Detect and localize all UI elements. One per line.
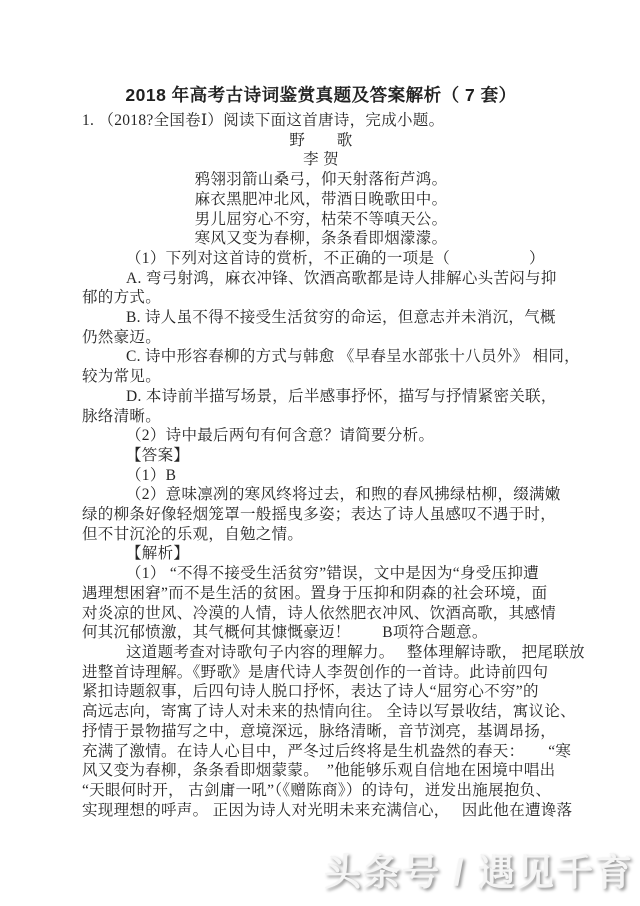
document-line: 【解析】 (82, 544, 560, 564)
document-line: D. 本诗前半描写场景，后半感事抒怀，描写与抒情紧密关联， (82, 387, 560, 407)
document-line: 对炎凉的世风、冷漠的人情，诗人依然肥衣冲风、饮酒高歌，其感情 (82, 604, 560, 624)
document-line: 寒风又变为春柳，条条看即烟濛濛。 (82, 229, 560, 249)
document-line: （1）下列对这首诗的赏析，不正确的一项是（ ） (82, 249, 560, 269)
document-line: （1） “不得不接受生活贫穷”错误，文中是因为“身受压抑遭 (82, 564, 560, 584)
document-line: （2）意味凛冽的寒风终将过去，和煦的春风拂绿枯柳，缀满嫩 (82, 485, 560, 505)
document-line: 遇理想困窘”而不是生活的贫困。置身于压抑和阴森的社会环境，面 (82, 584, 560, 604)
page-title: 2018 年高考古诗词鉴赏真题及答案解析（ 7 套） (82, 82, 560, 107)
document-line: C. 诗中形容春柳的方式与韩愈 《早春呈水部张十八员外》 相同， (82, 347, 560, 367)
document-line: 李 贺 (82, 150, 560, 170)
document-line: 仍然豪迈。 (82, 328, 560, 348)
document-line: 绿的柳条好像轻烟笼罩一般摇曳多姿；表达了诗人虽感叹不遇于时， (82, 505, 560, 525)
document-line: 这道题考查对诗歌句子内容的理解力。 整体理解诗歌， 把尾联放 (82, 643, 560, 663)
document-line: 麻衣黑肥冲北风，带酒日晚歌田中。 (82, 190, 560, 210)
document-line: 野 歌 (82, 131, 560, 151)
document-line: （1）B (82, 466, 560, 486)
document-body: 1. （2018?全国卷Ⅰ）阅读下面这首唐诗，完成小题。野 歌李 贺鸦翎羽箭山桑… (82, 111, 560, 820)
document-line: 男儿屈穷心不穷，枯荣不等嗔天公。 (82, 210, 560, 230)
document-line: 何其沉郁愤激，其气概何其慷慨豪迈！ B项符合题意。 (82, 623, 560, 643)
document-line: 高远志向，寄寓了诗人对未来的热情向往。 全诗以写景收结，寓议论、 (82, 702, 560, 722)
document-line: 脉络清晰。 (82, 407, 560, 427)
watermark-text: 头条号 / 遇见千育 (324, 842, 634, 896)
document-line: 风又变为春柳，条条看即烟蒙蒙。 ”他能够乐观自信地在困境中唱出 (82, 761, 560, 781)
document-line: 鸦翎羽箭山桑弓，仰天射落衔芦鸿。 (82, 170, 560, 190)
document-line: 【答案】 (82, 446, 560, 466)
document-line: 紧扣诗题叙事，后四句诗人脱口抒怀，表达了诗人“屈穷心不穷”的 (82, 682, 560, 702)
document-line: 但不甘沉沦的乐观，自勉之情。 (82, 525, 560, 545)
document-line: 实现理想的呼声。 正因为诗人对光明未来充满信心， 因此他在遭谗落 (82, 801, 560, 821)
document-line: “天眼何时开， 古剑庸一吼”（《赠陈商》）的诗句，迸发出施展抱负、 (82, 781, 560, 801)
document-line: 1. （2018?全国卷Ⅰ）阅读下面这首唐诗，完成小题。 (82, 111, 560, 131)
document-line: 进整首诗理解。《野歌》是唐代诗人李贺创作的一首诗。此诗前四句 (82, 663, 560, 683)
document-line: 较为常见。 (82, 367, 560, 387)
document-line: A. 弯弓射鸿，麻衣冲锋、饮酒高歌都是诗人排解心头苦闷与抑 (82, 269, 560, 289)
document-line: （2）诗中最后两句有何含意？请简要分析。 (82, 426, 560, 446)
document-line: 郁的方式。 (82, 288, 560, 308)
document-line: B. 诗人虽不得不接受生活贫穷的命运，但意志并未消沉，气概 (82, 308, 560, 328)
document-line: 抒情于景物描写之中，意境深远，脉络清晰，音节浏亮，基调昂扬， (82, 722, 560, 742)
document-page: 2018 年高考古诗词鉴赏真题及答案解析（ 7 套） 1. （2018?全国卷Ⅰ… (0, 0, 640, 906)
document-line: 充满了激情。在诗人心目中，严冬过后终将是生机盎然的春天： “寒 (82, 742, 560, 762)
